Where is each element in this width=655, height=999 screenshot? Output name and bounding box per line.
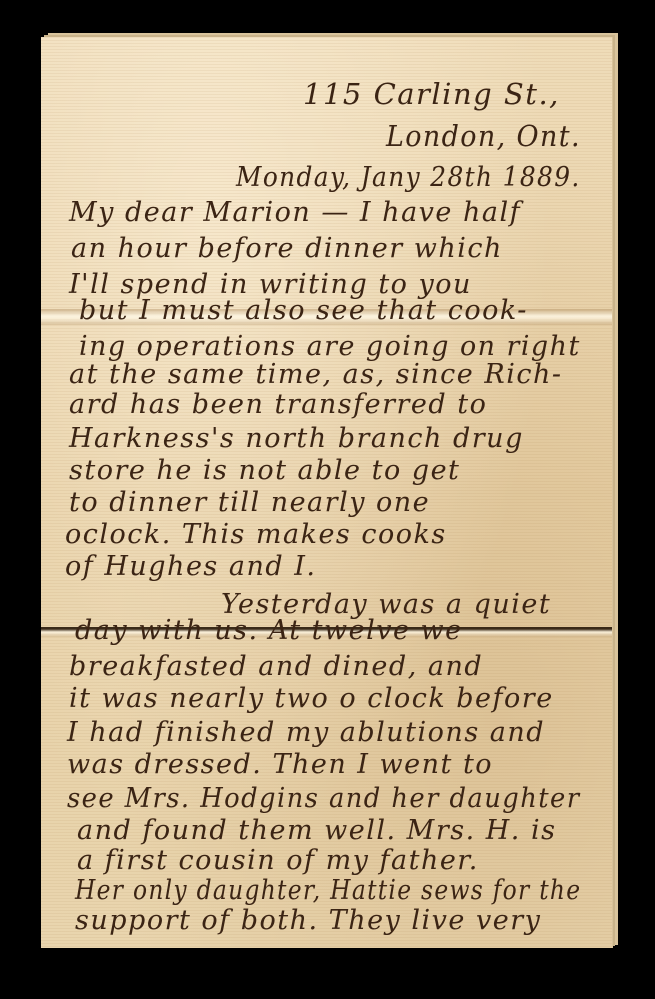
body-line: Harkness's north branch drug (69, 423, 524, 454)
body-line: but I must also see that cook- (79, 295, 528, 326)
body-line: I had finished my ablutions and (67, 717, 545, 748)
body-line: of Hughes and I. (65, 551, 316, 582)
body-line: and found them well. Mrs. H. is (77, 815, 556, 846)
body-line: store he is not able to get (69, 455, 460, 486)
date-line: Monday, Jany 28th 1889. (236, 162, 581, 193)
body-line: ard has been transferred to (69, 389, 487, 420)
letter-page: 115 Carling St., London, Ont. Monday, Ja… (41, 37, 612, 948)
body-line: oclock. This makes cooks (65, 519, 447, 550)
body-line: was dressed. Then I went to (67, 749, 493, 780)
body-line: day with us. At twelve we (75, 615, 463, 646)
body-line: at the same time, as, since Rich- (69, 359, 562, 390)
body-line: see Mrs. Hodgins and her daughter (67, 783, 581, 814)
body-line: ing operations are going on right (79, 331, 581, 362)
body-line: Her only daughter, Hattie sews for the (75, 875, 581, 906)
body-line: to dinner till nearly one (69, 487, 430, 518)
body-line: a first cousin of my father. (77, 845, 479, 876)
body-line: breakfasted and dined, and (69, 651, 483, 682)
body-line: support of both. They live very (75, 905, 541, 936)
address-line-2: London, Ont. (386, 119, 581, 153)
body-line: an hour before dinner which (71, 233, 503, 264)
body-line: My dear Marion — I have half (69, 197, 521, 228)
body-line: it was nearly two o clock before (69, 683, 554, 714)
address-line-1: 115 Carling St., (303, 77, 560, 111)
